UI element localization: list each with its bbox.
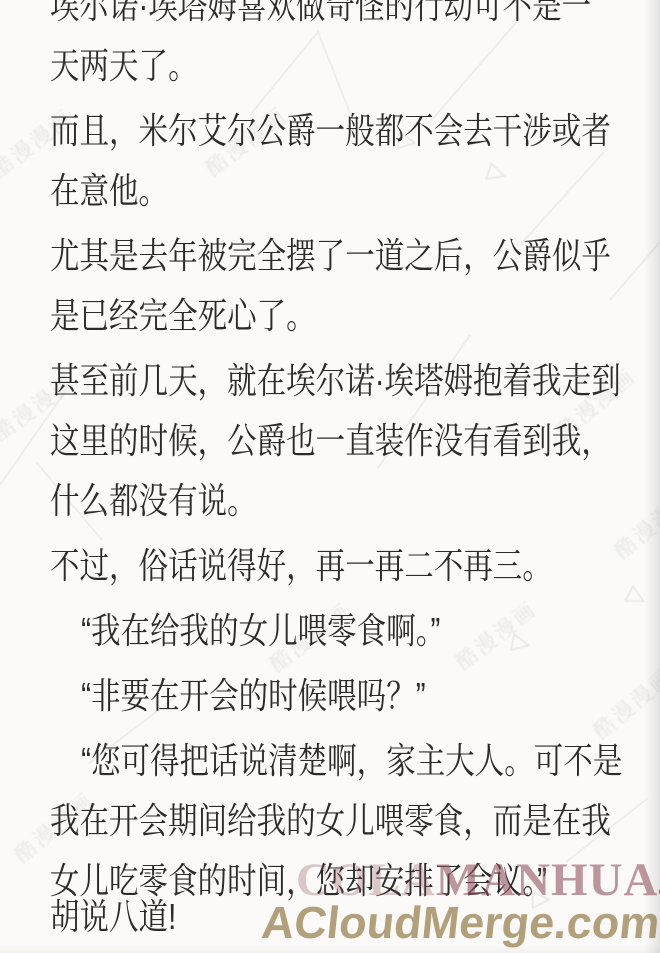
watermark-acloudmerge: ACloudMerge.com bbox=[259, 897, 660, 949]
paragraph: 尤其是去年被完全摆了一道之后，公爵似乎 是已经完全死心了。 bbox=[50, 226, 634, 346]
novel-text: 埃尔诺·埃塔姆喜欢做奇怪的行动可不是一 天两天了。而且，米尔艾尔公爵一般都不会去… bbox=[50, 0, 634, 952]
paragraph: “我在给我的女儿喂零食啊。” bbox=[50, 601, 634, 661]
paragraph: 埃尔诺·埃塔姆喜欢做奇怪的行动可不是一 天两天了。 bbox=[50, 0, 634, 96]
paragraph: “非要在开会的时候喂吗？” bbox=[50, 666, 634, 726]
novel-reader-page[interactable]: 酷漫漫画酷漫漫画酷漫漫画酷漫漫画酷漫漫画酷漫漫画酷漫漫画酷漫漫画酷漫漫画▷▷▷▷… bbox=[0, 0, 660, 953]
paragraph: 而且，米尔艾尔公爵一般都不会去干涉或者 在意他。 bbox=[50, 101, 634, 221]
paragraph: 甚至前几天，就在埃尔诺·埃塔姆抱着我走到 这里的时候，公爵也一直装作没有看到我，… bbox=[50, 351, 634, 531]
paragraph: 不过，俗话说得好，再一再二不再三。 bbox=[50, 536, 634, 596]
